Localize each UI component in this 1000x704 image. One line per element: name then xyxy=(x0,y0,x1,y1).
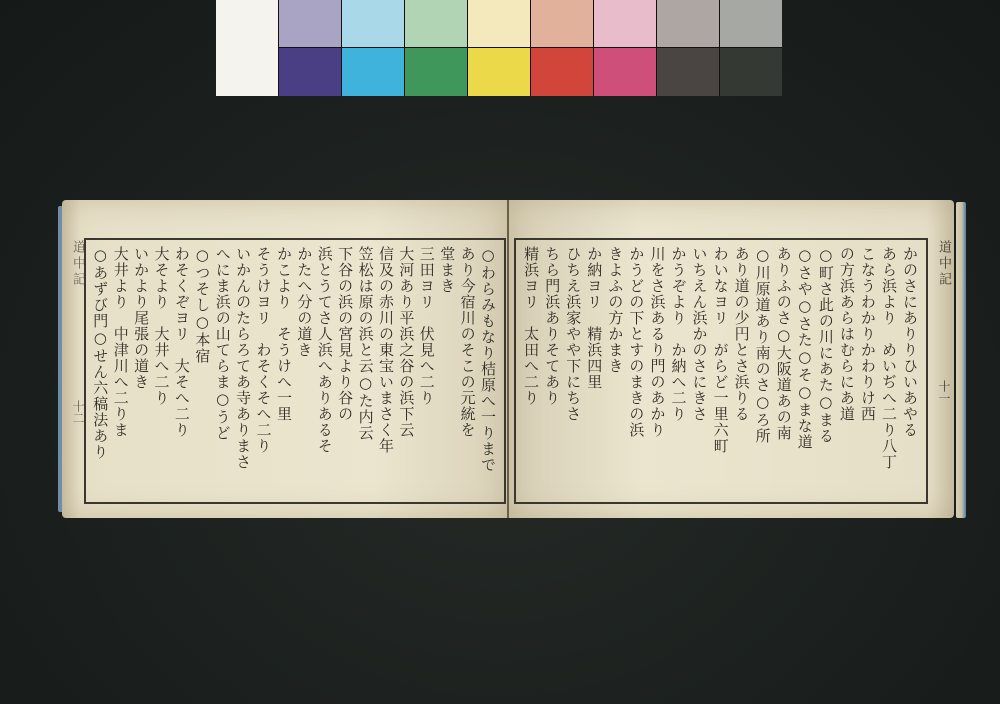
color-patch-yellow xyxy=(468,48,530,96)
text-column: の方浜あらはむらにあ道 xyxy=(838,246,857,496)
text-column: 笠松は原の浜と云○た内云 xyxy=(357,246,375,496)
color-patch-red xyxy=(531,48,593,96)
color-patch-light-blue xyxy=(342,0,404,47)
text-column: かのさにありりひいあやる xyxy=(901,246,920,496)
text-column: 精浜ヨリ 太田へ二り xyxy=(522,246,541,496)
book-cover-edge-right xyxy=(956,202,966,518)
text-column: いかより尾張の道き xyxy=(133,246,151,496)
text-column: ひちえ浜家やや下にちさ xyxy=(564,246,583,496)
text-column: か納ヨリ 精浜四里 xyxy=(585,246,604,496)
text-column: かうどの下とすのまきの浜 xyxy=(627,246,646,496)
text-column: わいなヨリ がらど一里六町 xyxy=(712,246,731,496)
color-patch-lavender xyxy=(279,0,341,47)
color-patch-green xyxy=(405,48,467,96)
text-column: 大井より 中津川へ二りま xyxy=(112,246,130,496)
text-column: ちら門浜ありそてあり xyxy=(543,246,562,496)
text-column: あり今宿川のそこの元統を xyxy=(459,246,477,496)
color-patch-dark-gray xyxy=(657,48,719,96)
text-column: 大河あり平浜之谷の浜下云 xyxy=(398,246,416,496)
text-column: わそくぞヨリ 大そへ二り xyxy=(174,246,192,496)
color-patch-peach xyxy=(531,0,593,47)
text-column: ○つそし○本宿 xyxy=(194,246,212,496)
left-page-text-columns: ○わらみもなり桔原へ一りまであり今宿川のそこの元統を堂まき三田ヨリ 伏見へ二り大… xyxy=(92,246,498,496)
text-column: ○町さ此の川にあた○まる xyxy=(817,246,836,496)
text-column: あら浜より めいぢへ二り八丁 xyxy=(880,246,899,496)
text-column: ○さや○さた○そ○まな道 xyxy=(796,246,815,496)
text-column: かうぞより か納へ二り xyxy=(669,246,688,496)
right-page-text-columns: かのさにありりひいあやるあら浜より めいぢへ二り八丁こなうわかりかわりけ西の方浜… xyxy=(522,246,920,496)
text-column: へにま浜の山てらま○うど xyxy=(214,246,232,496)
text-column: かたへ分の道き xyxy=(296,246,314,496)
text-column: 川をさ浜あるり門のあかり xyxy=(648,246,667,496)
color-patch-light-green xyxy=(405,0,467,47)
color-patch-white xyxy=(216,0,278,96)
text-column: そうけヨリ わそくそへ二り xyxy=(255,246,273,496)
text-column: かこより そうけへ一里 xyxy=(276,246,294,496)
right-page-folio: 十一 xyxy=(936,380,953,404)
text-column: ○川原道あり南のさ○ろ所 xyxy=(754,246,773,496)
text-column: 下谷の浜の宮見より谷の xyxy=(337,246,355,496)
color-patch-black-green xyxy=(720,48,782,96)
text-column: あり道の少円とさ浜りる xyxy=(733,246,752,496)
right-page-margin-title: 道中記 xyxy=(934,240,953,288)
color-patch-indigo xyxy=(279,48,341,96)
text-column: 三田ヨリ 伏見へ二り xyxy=(418,246,436,496)
open-book: 道中記 十二 ○わらみもなり桔原へ一りまであり今宿川のそこの元統を堂まき三田ヨリ… xyxy=(62,200,960,522)
text-column: いかんのたらろてあ寺ありまさ xyxy=(235,246,253,496)
color-patch-magenta xyxy=(594,48,656,96)
color-patch-light-yellow xyxy=(468,0,530,47)
text-column: ○わらみもなり桔原へ一りまで xyxy=(480,246,498,496)
color-calibration-chart xyxy=(216,0,782,96)
book-gutter xyxy=(507,200,509,518)
text-column: いちえん浜かのさにきさ xyxy=(690,246,709,496)
color-patch-mid-gray xyxy=(720,0,782,47)
color-patch-cyan xyxy=(342,48,404,96)
text-column: きよふの方かまき xyxy=(606,246,625,496)
text-column: 大そより 大井へ二り xyxy=(153,246,171,496)
left-page-text-frame: ○わらみもなり桔原へ一りまであり今宿川のそこの元統を堂まき三田ヨリ 伏見へ二り大… xyxy=(84,238,506,504)
text-column: ○あずび門○せん六稿法あり xyxy=(92,246,110,496)
text-column: ありふのさ○大阪道あの南 xyxy=(775,246,794,496)
text-column: 堂まき xyxy=(439,246,457,496)
text-column: こなうわかりかわりけ西 xyxy=(859,246,878,496)
text-column: 信及の赤川の東宝いまさく年 xyxy=(378,246,396,496)
color-patch-light-gray xyxy=(657,0,719,47)
color-patch-light-pink xyxy=(594,0,656,47)
text-column: 浜とうてさ人浜へありあるそ xyxy=(316,246,334,496)
right-page-text-frame: かのさにありりひいあやるあら浜より めいぢへ二り八丁こなうわかりかわりけ西の方浜… xyxy=(514,238,928,504)
